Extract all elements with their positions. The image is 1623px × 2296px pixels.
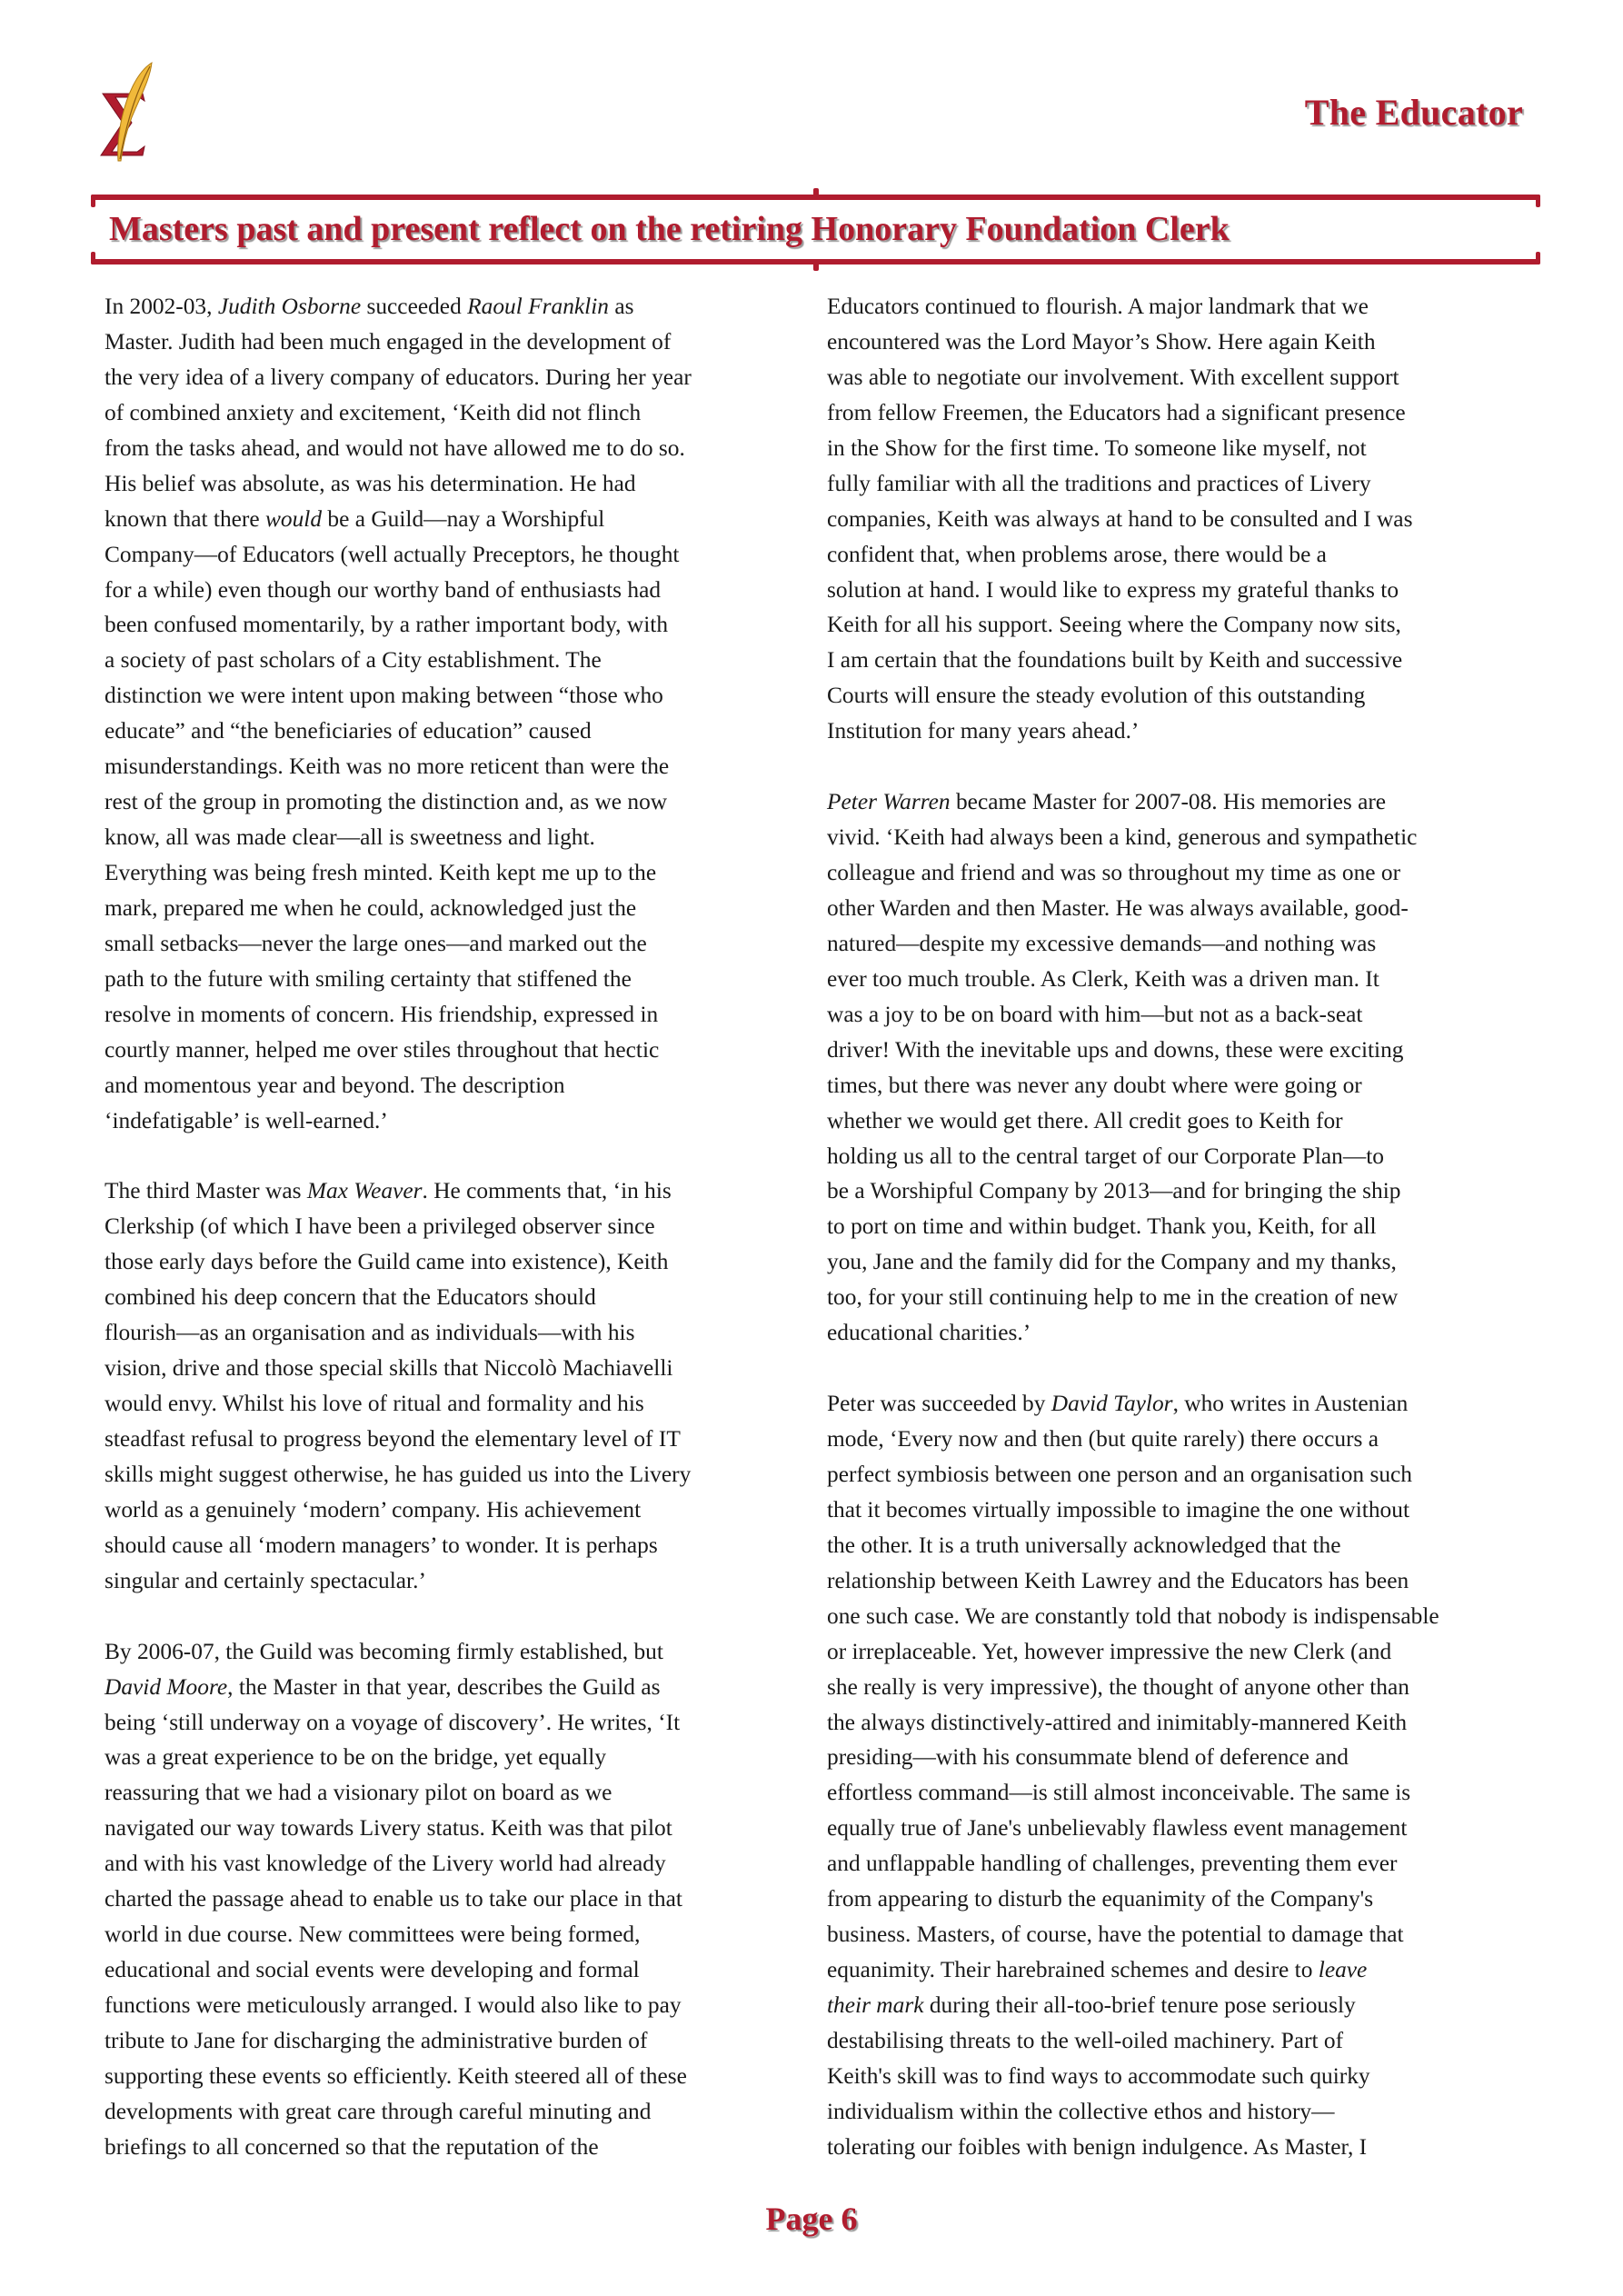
text-run: from fellow Freemen, the Educators had a…	[827, 400, 1406, 425]
text-line: being ‘still underway on a voyage of dis…	[105, 1705, 813, 1741]
text-line: world in due course. New committees were…	[105, 1917, 813, 1952]
text-run: companies, Keith was always at hand to b…	[827, 506, 1412, 532]
text-run: courtly manner, helped me over stiles th…	[105, 1037, 659, 1063]
rule-tick	[91, 252, 95, 265]
text-run: or irreplaceable. Yet, however impressiv…	[827, 1639, 1391, 1664]
text-line: and unflappable handling of challenges, …	[827, 1846, 1536, 1882]
text-line: from the tasks ahead, and would not have…	[105, 431, 813, 466]
text-run: educational and social events were devel…	[105, 1957, 640, 1982]
text-line: that it becomes virtually impossible to …	[827, 1492, 1536, 1528]
text-run: succeeded	[361, 294, 467, 319]
text-run: flourish—as an organisation and as indiv…	[105, 1320, 634, 1345]
text-line: relationship between Keith Lawrey and th…	[827, 1563, 1536, 1599]
text-line: vision, drive and those special skills t…	[105, 1351, 813, 1386]
text-run: the always distinctively-attired and ini…	[827, 1710, 1407, 1735]
text-run: steadfast refusal to progress beyond the…	[105, 1426, 681, 1452]
text-line: small setbacks—never the large ones—and …	[105, 926, 813, 962]
text-run: was a great experience to be on the brid…	[105, 1744, 606, 1770]
rule-tick	[813, 188, 819, 200]
text-run: a society of past scholars of a City est…	[105, 647, 602, 673]
text-line: for a while) even though our worthy band…	[105, 573, 813, 608]
left-text-column: In 2002-03, Judith Osborne succeeded Rao…	[105, 289, 813, 2165]
text-run: charted the passage ahead to enable us t…	[105, 1886, 682, 1912]
article-title: Masters past and present reflect on the …	[109, 209, 1230, 249]
text-run: the other. It is a truth universally ack…	[827, 1532, 1341, 1558]
text-run: small setbacks—never the large ones—and …	[105, 931, 647, 956]
text-run: times, but there was never any doubt whe…	[827, 1073, 1362, 1098]
text-line: charted the passage ahead to enable us t…	[105, 1882, 813, 1917]
text-run: the very idea of a livery company of edu…	[105, 364, 692, 390]
text-run: singular and certainly spectacular.’	[105, 1568, 426, 1593]
text-run: equanimity. Their harebrained schemes an…	[827, 1957, 1319, 1982]
text-run: mode, ‘Every now and then (but quite rar…	[827, 1426, 1379, 1452]
text-line: was a joy to be on board with him—but no…	[827, 997, 1536, 1033]
text-run: one such case. We are constantly told th…	[827, 1603, 1439, 1629]
text-run: Everything was being fresh minted. Keith…	[105, 860, 656, 885]
text-line: Keith for all his support. Seeing where …	[827, 607, 1536, 643]
text-run: should cause all ‘modern managers’ to wo…	[105, 1532, 658, 1558]
text-line: His belief was absolute, as was his dete…	[105, 466, 813, 502]
text-line: to port on time and within budget. Thank…	[827, 1209, 1536, 1244]
text-run: Courts will ensure the steady evolution …	[827, 683, 1365, 708]
text-line: be a Worshipful Company by 2013—and for …	[827, 1173, 1536, 1209]
text-line: the always distinctively-attired and ini…	[827, 1705, 1536, 1741]
text-run: for a while) even though our worthy band…	[105, 577, 661, 603]
text-run: mark, prepared me when he could, acknowl…	[105, 895, 636, 921]
text-run: individualism within the collective etho…	[827, 2099, 1335, 2124]
text-run: ‘indefatigable’ is well-earned.’	[105, 1108, 388, 1133]
text-line: supporting these events so efficiently. …	[105, 2059, 813, 2094]
text-line: Peter Warren became Master for 2007-08. …	[827, 784, 1536, 820]
text-run: to port on time and within budget. Thank…	[827, 1213, 1377, 1239]
italic-name: their mark	[827, 1992, 924, 2018]
text-run: be a Worshipful Company by 2013—and for …	[827, 1178, 1400, 1203]
text-run: been confused momentarily, by a rather i…	[105, 612, 668, 637]
text-line: distinction we were intent upon making b…	[105, 678, 813, 714]
text-line: flourish—as an organisation and as indiv…	[105, 1315, 813, 1351]
text-line: functions were meticulously arranged. I …	[105, 1988, 813, 2023]
text-line: from appearing to disturb the equanimity…	[827, 1882, 1536, 1917]
text-line: whether we would get there. All credit g…	[827, 1103, 1536, 1139]
italic-name: leave	[1319, 1957, 1368, 1982]
text-run: fully familiar with all the traditions a…	[827, 471, 1371, 496]
text-run: whether we would get there. All credit g…	[827, 1108, 1343, 1133]
text-line: been confused momentarily, by a rather i…	[105, 607, 813, 643]
text-line: fully familiar with all the traditions a…	[827, 466, 1536, 502]
text-run: natured—despite my excessive demands—and…	[827, 931, 1376, 956]
text-line: briefings to all concerned so that the r…	[105, 2130, 813, 2165]
text-line: effortless command—is still almost incon…	[827, 1775, 1536, 1811]
italic-name: would	[265, 506, 322, 532]
text-run: presiding—with his consummate blend of d…	[827, 1744, 1349, 1770]
text-line: Institution for many years ahead.’	[827, 714, 1536, 749]
text-run: ever too much trouble. As Clerk, Keith w…	[827, 966, 1379, 992]
text-line: you, Jane and the family did for the Com…	[827, 1244, 1536, 1280]
text-run: business. Masters, of course, have the p…	[827, 1922, 1404, 1947]
text-run: and unflappable handling of challenges, …	[827, 1851, 1398, 1876]
text-run: from appearing to disturb the equanimity…	[827, 1886, 1373, 1912]
text-line: those early days before the Guild came i…	[105, 1244, 813, 1280]
text-line: vivid. ‘Keith had always been a kind, ge…	[827, 820, 1536, 855]
article-title-frame: Masters past and present reflect on the …	[91, 186, 1540, 273]
paragraph-gap	[105, 1599, 813, 1634]
text-line: misunderstandings. Keith was no more ret…	[105, 749, 813, 784]
text-line: business. Masters, of course, have the p…	[827, 1917, 1536, 1952]
paragraph-gap	[827, 1351, 1536, 1386]
text-line: natured—despite my excessive demands—and…	[827, 926, 1536, 962]
text-line: reassuring that we had a visionary pilot…	[105, 1775, 813, 1811]
text-run: relationship between Keith Lawrey and th…	[827, 1568, 1409, 1593]
text-run: functions were meticulously arranged. I …	[105, 1992, 682, 2018]
text-run: confident that, when problems arose, the…	[827, 542, 1327, 567]
text-line: tribute to Jane for discharging the admi…	[105, 2023, 813, 2059]
text-run: vivid. ‘Keith had always been a kind, ge…	[827, 824, 1417, 850]
text-line: would envy. Whilst his love of ritual an…	[105, 1386, 813, 1422]
text-line: educate” and “the beneficiaries of educa…	[105, 714, 813, 749]
text-run: effortless command—is still almost incon…	[827, 1780, 1410, 1805]
text-line: courtly manner, helped me over stiles th…	[105, 1033, 813, 1068]
text-run: as	[609, 294, 634, 319]
text-line: I am certain that the foundations built …	[827, 643, 1536, 678]
text-run: resolve in moments of concern. His frien…	[105, 1002, 658, 1027]
text-line: equanimity. Their harebrained schemes an…	[827, 1952, 1536, 1988]
text-line: colleague and friend and was so througho…	[827, 855, 1536, 891]
text-run: In 2002-03,	[105, 294, 218, 319]
text-run: driver! With the inevitable ups and down…	[827, 1037, 1404, 1063]
text-line: a society of past scholars of a City est…	[105, 643, 813, 678]
text-line: navigated our way towards Livery status.…	[105, 1811, 813, 1846]
text-run: other Warden and then Master. He was alw…	[827, 895, 1409, 921]
text-run: Keith's skill was to find ways to accomm…	[827, 2063, 1370, 2089]
italic-name: Judith Osborne	[218, 294, 361, 319]
text-line: of combined anxiety and excitement, ‘Kei…	[105, 395, 813, 431]
text-run: developments with great care through car…	[105, 2099, 651, 2124]
text-run: reassuring that we had a visionary pilot…	[105, 1780, 612, 1805]
text-run: colleague and friend and was so througho…	[827, 860, 1400, 885]
text-line: and with his vast knowledge of the Liver…	[105, 1846, 813, 1882]
text-line: path to the future with smiling certaint…	[105, 962, 813, 997]
text-run: world as a genuinely ‘modern’ company. H…	[105, 1497, 641, 1522]
text-run: solution at hand. I would like to expres…	[827, 577, 1399, 603]
text-line: driver! With the inevitable ups and down…	[827, 1033, 1536, 1068]
rule-tick	[813, 259, 819, 271]
text-run: By 2006-07, the Guild was becoming firml…	[105, 1639, 663, 1664]
text-run: Educators continued to flourish. A major…	[827, 294, 1369, 319]
text-run: The third Master was	[105, 1178, 307, 1203]
text-line: educational charities.’	[827, 1315, 1536, 1351]
text-run: from the tasks ahead, and would not have…	[105, 435, 685, 461]
text-line: confident that, when problems arose, the…	[827, 537, 1536, 573]
text-run: misunderstandings. Keith was no more ret…	[105, 754, 669, 779]
text-line: or irreplaceable. Yet, however impressiv…	[827, 1634, 1536, 1670]
text-line: Peter was succeeded by David Taylor, who…	[827, 1386, 1536, 1422]
rule-tick	[1536, 195, 1540, 207]
paragraph-gap	[105, 1139, 813, 1174]
text-run: known that there	[105, 506, 265, 532]
text-line: mark, prepared me when he could, acknowl…	[105, 891, 813, 926]
text-run: Company—of Educators (well actually Prec…	[105, 542, 680, 567]
text-run: rest of the group in promoting the disti…	[105, 789, 667, 814]
text-line: The third Master was Max Weaver. He comm…	[105, 1173, 813, 1209]
text-line: Everything was being fresh minted. Keith…	[105, 855, 813, 891]
text-run: those early days before the Guild came i…	[105, 1249, 668, 1274]
text-run: His belief was absolute, as was his dete…	[105, 471, 636, 496]
paragraph-gap	[827, 749, 1536, 784]
text-line: times, but there was never any doubt whe…	[827, 1068, 1536, 1103]
text-line: resolve in moments of concern. His frien…	[105, 997, 813, 1033]
text-line: Company—of Educators (well actually Prec…	[105, 537, 813, 573]
text-run: was a joy to be on board with him—but no…	[827, 1002, 1363, 1027]
text-line: educational and social events were devel…	[105, 1952, 813, 1988]
text-run: perfect symbiosis between one person and…	[827, 1462, 1412, 1487]
italic-name: David Taylor	[1051, 1391, 1173, 1416]
text-run: tolerating our foibles with benign indul…	[827, 2134, 1367, 2160]
text-run: encountered was the Lord Mayor’s Show. H…	[827, 329, 1376, 354]
text-line: David Moore, the Master in that year, de…	[105, 1670, 813, 1705]
text-run: would envy. Whilst his love of ritual an…	[105, 1391, 644, 1416]
text-run: equally true of Jane's unbelievably flaw…	[827, 1815, 1407, 1841]
text-line: individualism within the collective etho…	[827, 2094, 1536, 2130]
text-line: companies, Keith was always at hand to b…	[827, 502, 1536, 537]
text-line: world as a genuinely ‘modern’ company. H…	[105, 1492, 813, 1528]
text-run: , the Master in that year, describes the…	[227, 1674, 660, 1700]
text-line: By 2006-07, the Guild was becoming firml…	[105, 1634, 813, 1670]
rule-tick	[91, 195, 95, 207]
text-run: and momentous year and beyond. The descr…	[105, 1073, 565, 1098]
text-line: and momentous year and beyond. The descr…	[105, 1068, 813, 1103]
text-line: combined his deep concern that the Educa…	[105, 1280, 813, 1315]
text-run: Clerkship (of which I have been a privil…	[105, 1213, 655, 1239]
quill-sigma-logo-icon	[95, 59, 159, 164]
text-run: Keith for all his support. Seeing where …	[827, 612, 1401, 637]
publication-name: The Educator	[1305, 91, 1523, 134]
text-run: Master. Judith had been much engaged in …	[105, 329, 671, 354]
text-run: tribute to Jane for discharging the admi…	[105, 2028, 647, 2053]
text-run: Peter was succeeded by	[827, 1391, 1051, 1416]
text-line: In 2002-03, Judith Osborne succeeded Rao…	[105, 289, 813, 324]
text-run: educational charities.’	[827, 1320, 1031, 1345]
text-line: skills might suggest otherwise, he has g…	[105, 1457, 813, 1492]
text-run: that it becomes virtually impossible to …	[827, 1497, 1409, 1522]
text-line: know, all was made clear—all is sweetnes…	[105, 820, 813, 855]
text-line: was able to negotiate our involvement. W…	[827, 360, 1536, 395]
text-line: she really is very impressive), the thou…	[827, 1670, 1536, 1705]
text-run: . He comments that, ‘in his	[423, 1178, 672, 1203]
text-run: destabilising threats to the well-oiled …	[827, 2028, 1343, 2053]
text-run: during their all-too-brief tenure pose s…	[924, 1992, 1356, 2018]
page-number: Page 6	[0, 2200, 1623, 2238]
text-line: encountered was the Lord Mayor’s Show. H…	[827, 324, 1536, 360]
text-line: Master. Judith had been much engaged in …	[105, 324, 813, 360]
text-run: educate” and “the beneficiaries of educa…	[105, 718, 592, 744]
text-run: know, all was made clear—all is sweetnes…	[105, 824, 595, 850]
text-run: being ‘still underway on a voyage of dis…	[105, 1710, 680, 1735]
text-run: Institution for many years ahead.’	[827, 718, 1139, 744]
italic-name: Max Weaver	[307, 1178, 423, 1203]
text-run: she really is very impressive), the thou…	[827, 1674, 1409, 1700]
text-line: from fellow Freemen, the Educators had a…	[827, 395, 1536, 431]
text-run: too, for your still continuing help to m…	[827, 1284, 1398, 1310]
text-run: vision, drive and those special skills t…	[105, 1355, 672, 1381]
right-text-column: Educators continued to flourish. A major…	[827, 289, 1536, 2165]
text-line: developments with great care through car…	[105, 2094, 813, 2130]
text-run: in the Show for the first time. To someo…	[827, 435, 1367, 461]
text-line: Keith's skill was to find ways to accomm…	[827, 2059, 1536, 2094]
text-run: I am certain that the foundations built …	[827, 647, 1402, 673]
text-line: rest of the group in promoting the disti…	[105, 784, 813, 820]
text-run: holding us all to the central target of …	[827, 1143, 1384, 1169]
text-run: combined his deep concern that the Educa…	[105, 1284, 596, 1310]
text-run: and with his vast knowledge of the Liver…	[105, 1851, 666, 1876]
text-run: briefings to all concerned so that the r…	[105, 2134, 599, 2160]
text-run: be a Guild—nay a Worshipful	[322, 506, 604, 532]
text-run: distinction we were intent upon making b…	[105, 683, 663, 708]
text-line: known that there would be a Guild—nay a …	[105, 502, 813, 537]
text-run: , who writes in Austenian	[1173, 1391, 1409, 1416]
text-line: perfect symbiosis between one person and…	[827, 1457, 1536, 1492]
text-run: navigated our way towards Livery status.…	[105, 1815, 672, 1841]
text-line: Courts will ensure the steady evolution …	[827, 678, 1536, 714]
text-line: singular and certainly spectacular.’	[105, 1563, 813, 1599]
text-run: skills might suggest otherwise, he has g…	[105, 1462, 691, 1487]
text-line: equally true of Jane's unbelievably flaw…	[827, 1811, 1536, 1846]
text-line: tolerating our foibles with benign indul…	[827, 2130, 1536, 2165]
text-line: in the Show for the first time. To someo…	[827, 431, 1536, 466]
rule-tick	[1536, 252, 1540, 265]
text-run: you, Jane and the family did for the Com…	[827, 1249, 1397, 1274]
text-line: ‘indefatigable’ is well-earned.’	[105, 1103, 813, 1139]
text-line: too, for your still continuing help to m…	[827, 1280, 1536, 1315]
text-run: became Master for 2007-08. His memories …	[951, 789, 1386, 814]
text-line: the very idea of a livery company of edu…	[105, 360, 813, 395]
text-line: steadfast refusal to progress beyond the…	[105, 1422, 813, 1457]
text-run: supporting these events so efficiently. …	[105, 2063, 687, 2089]
text-run: world in due course. New committees were…	[105, 1922, 640, 1947]
text-line: the other. It is a truth universally ack…	[827, 1528, 1536, 1563]
text-line: their mark during their all-too-brief te…	[827, 1988, 1536, 2023]
italic-name: Raoul Franklin	[467, 294, 609, 319]
text-run: was able to negotiate our involvement. W…	[827, 364, 1399, 390]
text-run: of combined anxiety and excitement, ‘Kei…	[105, 400, 641, 425]
text-line: Educators continued to flourish. A major…	[827, 289, 1536, 324]
text-line: was a great experience to be on the brid…	[105, 1740, 813, 1775]
text-line: other Warden and then Master. He was alw…	[827, 891, 1536, 926]
italic-name: Peter Warren	[827, 789, 951, 814]
text-line: one such case. We are constantly told th…	[827, 1599, 1536, 1634]
text-line: should cause all ‘modern managers’ to wo…	[105, 1528, 813, 1563]
text-line: presiding—with his consummate blend of d…	[827, 1740, 1536, 1775]
text-run: path to the future with smiling certaint…	[105, 966, 632, 992]
text-line: holding us all to the central target of …	[827, 1139, 1536, 1174]
text-line: Clerkship (of which I have been a privil…	[105, 1209, 813, 1244]
text-line: solution at hand. I would like to expres…	[827, 573, 1536, 608]
text-line: mode, ‘Every now and then (but quite rar…	[827, 1422, 1536, 1457]
italic-name: David Moore	[105, 1674, 227, 1700]
text-line: destabilising threats to the well-oiled …	[827, 2023, 1536, 2059]
text-line: ever too much trouble. As Clerk, Keith w…	[827, 962, 1536, 997]
